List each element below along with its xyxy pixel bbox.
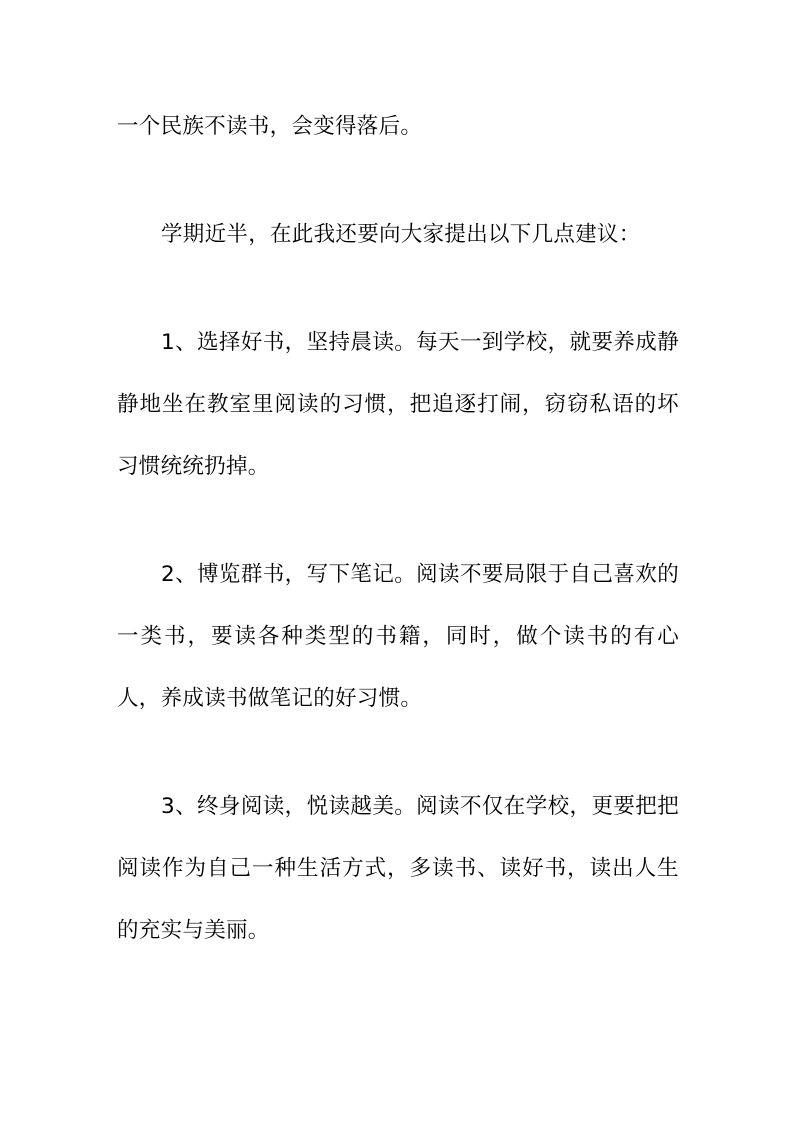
paragraph-suggestions-lead: 学期近半，在此我还要向大家提出以下几点建议： — [117, 204, 679, 266]
paragraph-suggestion-1: 1、选择好书，坚持晨读。每天一到学校，就要养成静静地坐在教室里阅读的习惯，把追逐… — [117, 312, 679, 498]
paragraph-suggestion-3: 3、终身阅读，悦读越美。阅读不仅在学校，更要把把阅读作为自己一种生活方式，多读书… — [117, 776, 679, 962]
paragraph-suggestion-2: 2、博览群书，写下笔记。阅读不要局限于自己喜欢的一类书，要读各种类型的书籍，同时… — [117, 544, 679, 730]
document-page: 一个民族不读书，会变得落后。 学期近半，在此我还要向大家提出以下几点建议： 1、… — [117, 96, 679, 1008]
paragraph-intro-conclusion: 一个民族不读书，会变得落后。 — [117, 96, 679, 158]
